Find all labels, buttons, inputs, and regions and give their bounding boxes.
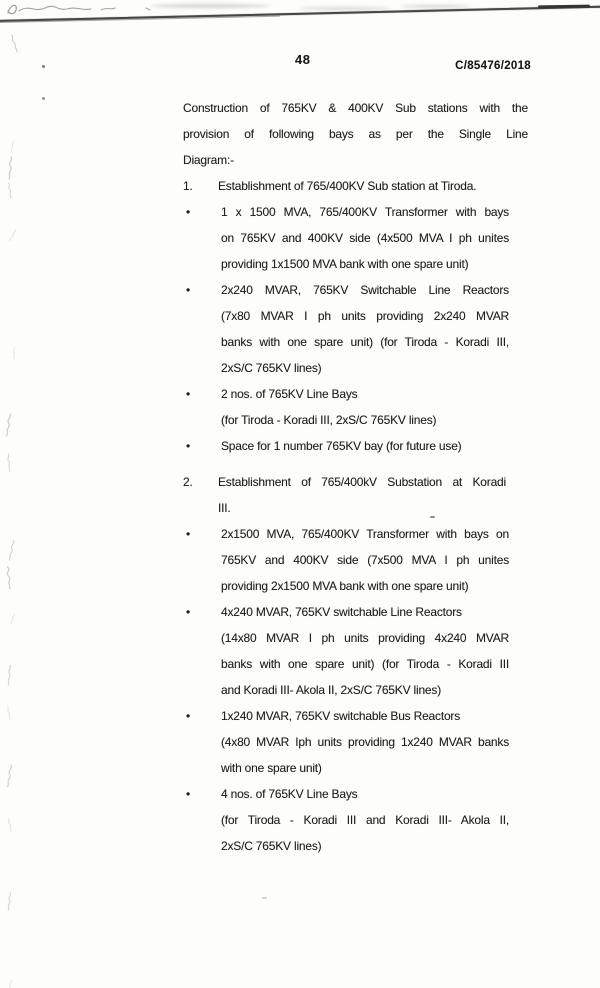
intro-line: Diagram:- <box>183 147 528 173</box>
scan-speck <box>262 897 267 899</box>
scan-smudge <box>300 7 390 10</box>
item-text: 2x240 MVAR, 765KV Switchable Line Reacto… <box>221 277 509 381</box>
text-line: 1x240 MVAR, 765KV switchable Bus Reactor… <box>221 703 509 729</box>
margin-scribble-artifact <box>4 453 14 477</box>
page-number: 48 <box>295 52 310 67</box>
margin-scribble-artifact <box>2 763 16 793</box>
text-line: 2xS/C 765KV lines) <box>221 833 509 859</box>
list-item: •1x240 MVAR, 765KV switchable Bus Reacto… <box>183 703 528 781</box>
bullet-marker: • <box>183 277 221 381</box>
text-line: 2 nos. of 765KV Line Bays <box>221 381 509 407</box>
text-line: Establishment of 765/400kV Substation at… <box>218 469 506 495</box>
bullet-marker: • <box>183 781 221 859</box>
document-body: Construction of 765KV & 400KV Sub statio… <box>183 95 528 859</box>
list-item: •Space for 1 number 765KV bay (for futur… <box>183 433 528 459</box>
text-line: on 765KV and 400KV side (4x500 MVA I ph … <box>221 225 509 251</box>
margin-scribble-artifact <box>5 227 18 245</box>
text-line: III. <box>218 495 506 521</box>
text-line: banks with one spare unit) (for Tiroda -… <box>221 329 509 355</box>
text-line: Establishment of 765/400KV Sub station a… <box>218 173 506 199</box>
text-line: with one spare unit) <box>221 755 509 781</box>
margin-scribble-artifact <box>5 705 14 723</box>
margin-scribble-artifact <box>12 347 17 362</box>
margin-dot-artifact <box>42 65 45 68</box>
text-line: (for Tiroda - Koradi III and Koradi III-… <box>221 807 509 833</box>
text-line: providing 2x1500 MVA bank with one spare… <box>221 573 509 599</box>
margin-scribble-artifact <box>4 892 14 916</box>
intro-line: Construction of 765KV & 400KV Sub statio… <box>183 95 528 121</box>
margin-dot-artifact <box>42 97 45 100</box>
text-line: 2x240 MVAR, 765KV Switchable Line Reacto… <box>221 277 509 303</box>
scanned-document-page: 48 C/85476/2018 Construction of 765KV & … <box>0 0 600 988</box>
list-item: •4 nos. of 765KV Line Bays(for Tiroda - … <box>183 781 528 859</box>
text-line: 2xS/C 765KV lines) <box>221 355 509 381</box>
intro-paragraph: Construction of 765KV & 400KV Sub statio… <box>183 95 528 173</box>
scan-smudge <box>150 4 270 8</box>
items-list: 1.Establishment of 765/400KV Sub station… <box>183 173 528 859</box>
item-text: Establishment of 765/400kV Substation at… <box>218 469 506 521</box>
text-line: (for Tiroda - Koradi III, 2xS/C 765KV li… <box>221 407 509 433</box>
margin-scribble-artifact <box>1 412 15 442</box>
bullet-marker: • <box>183 199 221 277</box>
item-text: 2x1500 MVA, 765/400KV Transformer with b… <box>221 521 509 599</box>
text-line: 2x1500 MVA, 765/400KV Transformer with b… <box>221 521 509 547</box>
list-item: •2 nos. of 765KV Line Bays(for Tiroda - … <box>183 381 528 433</box>
bullet-marker: • <box>183 599 221 703</box>
corner-scribble-artifact <box>5 1 155 24</box>
bullet-marker: • <box>183 381 221 433</box>
margin-scribble-artifact <box>4 156 16 186</box>
item-text: 4 nos. of 765KV Line Bays(for Tiroda - K… <box>221 781 509 859</box>
margin-scribble-artifact <box>7 33 22 58</box>
margin-scribble-artifact <box>7 613 17 628</box>
text-line: banks with one spare unit) (for Tiroda -… <box>221 651 509 677</box>
margin-scribble-artifact <box>3 664 14 691</box>
margin-scribble-artifact <box>3 566 16 596</box>
margin-scribble-artifact <box>5 817 14 835</box>
bullet-marker: • <box>183 703 221 781</box>
text-line: 765KV and 400KV side (7x500 MVA I ph uni… <box>221 547 509 573</box>
margin-scribble-artifact <box>6 979 15 988</box>
bullet-marker: • <box>183 521 221 599</box>
bullet-marker: • <box>183 433 221 459</box>
item-text: Space for 1 number 765KV bay (for future… <box>221 433 509 459</box>
text-line: 4x240 MVAR, 765KV switchable Line Reacto… <box>221 599 509 625</box>
list-item: 1.Establishment of 765/400KV Sub station… <box>183 173 528 199</box>
text-line: Space for 1 number 765KV bay (for future… <box>221 433 509 459</box>
list-item: •2x240 MVAR, 765KV Switchable Line React… <box>183 277 528 381</box>
list-item: •1 x 1500 MVA, 765/400KV Transformer wit… <box>183 199 528 277</box>
text-line: (14x80 MVAR I ph units providing 4x240 M… <box>221 625 509 651</box>
intro-line: provision of following bays as per the S… <box>183 121 528 147</box>
item-text: 1x240 MVAR, 765KV switchable Bus Reactor… <box>221 703 509 781</box>
text-line: providing 1x1500 MVA bank with one spare… <box>221 251 509 277</box>
item-text: 1 x 1500 MVA, 765/400KV Transformer with… <box>221 199 509 277</box>
margin-scribble-artifact <box>4 539 18 566</box>
item-text: Establishment of 765/400KV Sub station a… <box>218 173 506 199</box>
margin-scribble-artifact <box>8 140 16 155</box>
item-text: 2 nos. of 765KV Line Bays(for Tiroda - K… <box>221 381 509 433</box>
item-text: 4x240 MVAR, 765KV switchable Line Reacto… <box>221 599 509 703</box>
list-item: 2.Establishment of 765/400kV Substation … <box>183 469 528 521</box>
text-line: 4 nos. of 765KV Line Bays <box>221 781 509 807</box>
scan-smudge <box>400 5 470 8</box>
text-line: (4x80 MVAR Iph units providing 1x240 MVA… <box>221 729 509 755</box>
text-line: 1 x 1500 MVA, 765/400KV Transformer with… <box>221 199 509 225</box>
text-line: and Koradi III- Akola II, 2xS/C 765KV li… <box>221 677 509 703</box>
text-line: (7x80 MVAR I ph units providing 2x240 MV… <box>221 303 509 329</box>
number-marker: 1. <box>183 173 218 199</box>
case-reference: C/85476/2018 <box>455 60 531 72</box>
number-marker: 2. <box>183 469 218 521</box>
list-item: •4x240 MVAR, 765KV switchable Line React… <box>183 599 528 703</box>
list-item: •2x1500 MVA, 765/400KV Transformer with … <box>183 521 528 599</box>
